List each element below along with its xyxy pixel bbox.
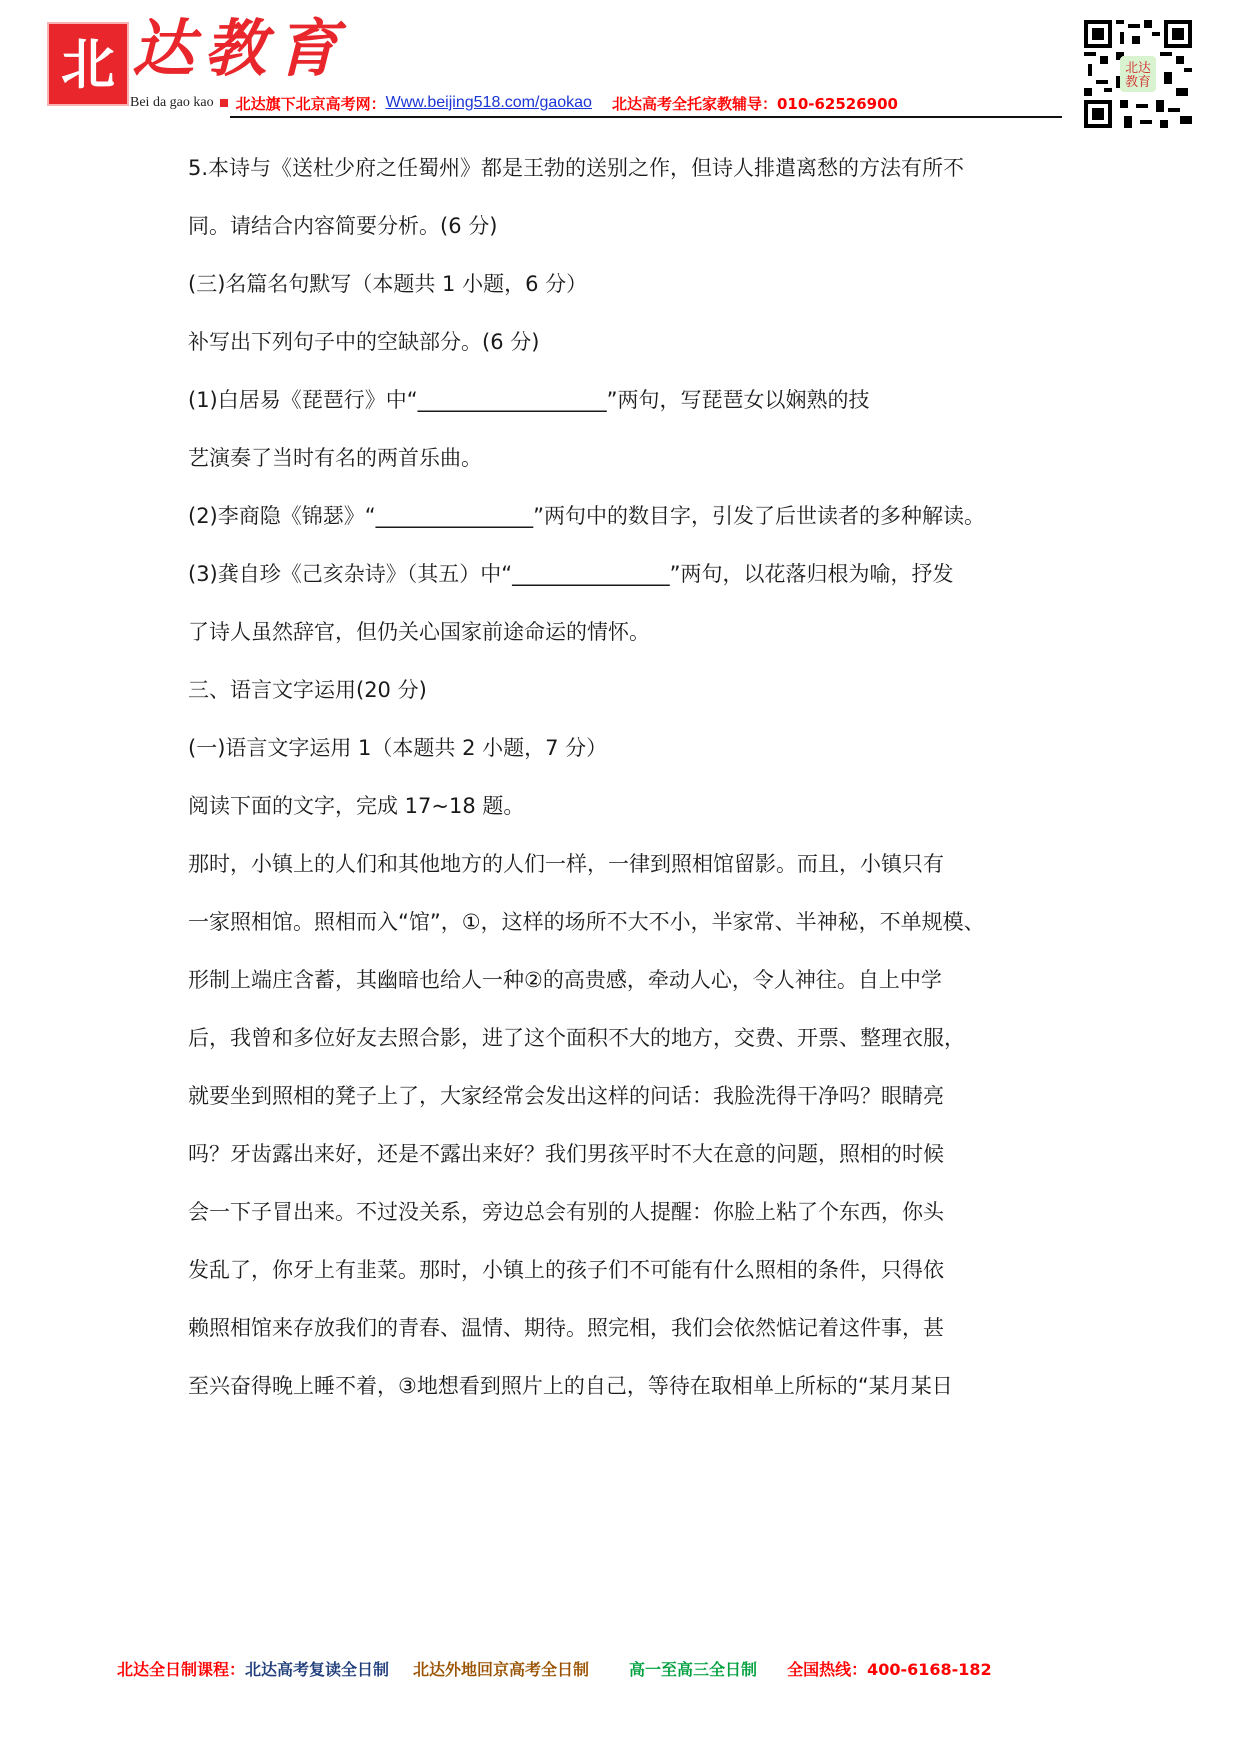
passage-line: 至兴奋得晚上睡不着，③地想看到照片上的自己，等待在取相单上所标的“某月某日 <box>188 1372 953 1400</box>
recitation-item-2: (2)李商隐《锦瑟》“_______________”两句中的数目字，引发了后世… <box>188 502 985 530</box>
passage-line: 那时，小镇上的人们和其他地方的人们一样，一律到照相馆留影。而且，小镇只有 <box>188 850 944 878</box>
passage-line: 发乱了，你牙上有韭菜。那时，小镇上的孩子们不可能有什么照相的条件，只得依 <box>188 1256 944 1284</box>
site-link[interactable]: Www.beijing518.com/gaokao <box>386 94 592 112</box>
header-info-row: Bei da gao kao 北达旗下北京高考网： Www.beijing518… <box>130 92 898 114</box>
qr-code-icon: 北达 教育 <box>1080 15 1196 133</box>
recitation-instruction: 补写出下列句子中的空缺部分。(6 分) <box>188 328 539 356</box>
reading-instruction: 阅读下面的文字，完成 17~18 题。 <box>188 792 524 820</box>
passage-line: 形制上端庄含蓄，其幽暗也给人一种②的高贵感，牵动人心，令人神往。自上中学 <box>188 966 942 994</box>
passage-line: 后，我曾和多位好友去照合影，进了这个面积不大的地方，交费、开票、整理衣服， <box>188 1024 965 1052</box>
section-heading-recitation: (三)名篇名句默写（本题共 1 小题，6 分） <box>188 270 587 298</box>
recitation-item-3-line-1: (3)龚自珍《己亥杂诗》（其五）中“_______________”两句，以花落… <box>188 560 954 588</box>
recitation-item-3-line-2: 了诗人虽然辞官，但仍关心国家前途命运的情怀。 <box>188 618 650 646</box>
tutor-hotline: 北达高考全托家教辅导：010-62526900 <box>612 93 898 114</box>
brand-logo-icon: 北 <box>47 22 129 106</box>
site-label: 北达旗下北京高考网： <box>236 93 386 114</box>
logo-char: 北 <box>61 37 115 91</box>
header-divider <box>230 116 1062 118</box>
passage-line: 会一下子冒出来。不过没关系，旁边总会有别的人提醒：你脸上粘了个东西，你头 <box>188 1198 944 1226</box>
brand-pinyin: Bei da gao kao <box>130 95 214 111</box>
recitation-item-1-line-2: 艺演奏了当时有名的两首乐曲。 <box>188 444 482 472</box>
footer-course-repeat: 北达高考复读全日制 <box>245 1657 389 1680</box>
footer-course-return: 北达外地回京高考全日制 <box>413 1657 589 1680</box>
footer-hotline: 全国热线：400-6168-182 <box>787 1657 992 1680</box>
recitation-item-1-line-1: (1)白居易《琵琶行》中“__________________”两句，写琵琶女以… <box>188 386 870 414</box>
red-square-icon <box>220 99 228 107</box>
footer-label: 北达全日制课程： <box>117 1657 245 1680</box>
svg-text:教育: 教育 <box>1125 74 1151 90</box>
brand-name: 达教育 <box>132 18 348 80</box>
section-heading-language: 三、语言文字运用(20 分) <box>188 676 427 704</box>
passage-line: 就要坐到照相的凳子上了，大家经常会发出这样的问话：我脸洗得干净吗？眼睛亮 <box>188 1082 944 1110</box>
page-footer: 北达全日制课程： 北达高考复读全日制 北达外地回京高考全日制 高一至高三全日制 … <box>117 1655 1117 1681</box>
question-5-line-2: 同。请结合内容简要分析。(6 分) <box>188 212 497 240</box>
svg-text:北达: 北达 <box>1125 60 1151 76</box>
question-5-line-1: 5.本诗与《送杜少府之任蜀州》都是王勃的送别之作，但诗人排遣离愁的方法有所不 <box>188 154 964 182</box>
passage-line: 吗？牙齿露出来好，还是不露出来好？我们男孩平时不大在意的问题，照相的时候 <box>188 1140 944 1168</box>
passage-line: 赖照相馆来存放我们的青春、温情、期待。照完相，我们会依然惦记着这件事，甚 <box>188 1314 944 1342</box>
page-header: 北 达教育 Bei da gao kao 北达旗下北京高考网： Www.beij… <box>0 0 1240 140</box>
footer-course-highschool: 高一至高三全日制 <box>629 1657 757 1680</box>
passage-line: 一家照相馆。照相而入“馆”，①，这样的场所不大不小，半家常、半神秘，不单规模、 <box>188 908 985 936</box>
subsection-heading-language-1: (一)语言文字运用 1（本题共 2 小题，7 分） <box>188 734 607 762</box>
